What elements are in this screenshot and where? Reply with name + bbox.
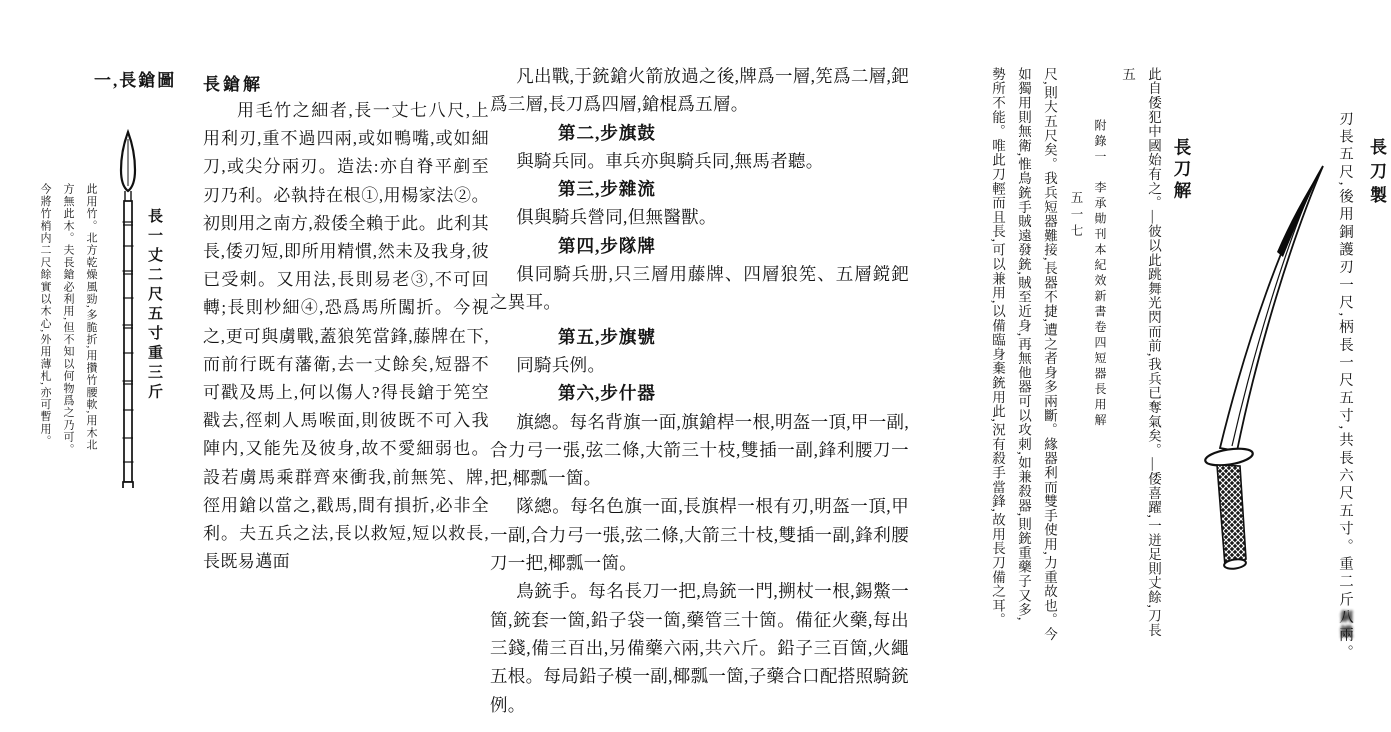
section-heading: 第六,步什器	[490, 379, 909, 407]
changdao-jie-section: 長刀解 此自倭犯中國始有之。—彼以此跳舞光閃而前,我兵已奪氣矣。—倭喜躍,一迸足…	[1028, 62, 1194, 646]
book-page: { "left": { "figure_title": "一,長鎗圖", "sp…	[0, 0, 1391, 732]
vertical-text-column: 尺,則大五尺矣。我兵短器難接,長器不捷,遭之者身多兩斷。緣器利而雙手使用,力重故…	[1036, 62, 1062, 646]
section-heading: 第五,步旗號	[490, 323, 909, 351]
paragraph: 鳥銃手。每名長刀一把,鳥銃一門,搠杖一根,錫鱉一箇,銃套一箇,鉛子袋一箇,藥管三…	[490, 577, 909, 718]
paragraph: 俱同騎兵册,只三層用藤牌、四層狼筅、五層鎲鈀之異耳。	[490, 260, 909, 317]
spear-shaft	[124, 201, 132, 482]
spear-butt	[123, 482, 133, 488]
left-column: 長鎗解 用毛竹之細者,長一丈七八尺,上用利刃,重不過四兩,或如鴨嘴,或如細刀,或…	[40, 62, 489, 580]
vertical-text-column: 勢所不能。唯此刀輕而且長,可以兼用,以備臨身棄銃用此,況有殺手當鋒,故用長刀備之…	[984, 62, 1010, 646]
appendix-note: 附錄一 李承勛刊本紀效新書卷四短器長用解	[1093, 119, 1107, 429]
vertical-text-column: 如獨用則無衛,惟鳥銃手賊遠發銃,賊至近身,再無他器可以攻刺,如兼殺器,則銃重藥子…	[1010, 62, 1036, 646]
sword-grip	[1217, 465, 1246, 566]
sword-blade	[1220, 166, 1323, 451]
appendix-note-column: 附錄一 李承勛刊本紀效新書卷四短器長用解 五一七	[1064, 62, 1112, 646]
paragraph: 隊總。每名色旗一面,長旗桿一根有刃,明盔一頂,甲一副,合力弓一張,弦二條,大箭三…	[490, 492, 909, 577]
middle-column: 凡出戰,于銃鎗火箭放過之後,牌爲一層,筅爲二層,鈀爲三層,長刀爲四層,鎗棍爲五層…	[490, 62, 909, 719]
sword-dimension-caption: 刃長五尺,後用銅護刃一尺,柄長一尺五寸,共長六尺五寸。重二斤八兩。	[1332, 98, 1358, 670]
paragraph: 旗總。每名背旗一面,旗鎗桿一根,明盔一頂,甲一副,合力弓一張,弦二條,大箭三十枝…	[490, 408, 909, 493]
section-heading: 第四,步隊牌	[490, 232, 909, 260]
spear-dimension-label: 長一丈二尺五寸重三斤	[144, 208, 165, 408]
paragraph: 與騎兵同。車兵亦與騎兵同,無馬者聽。	[490, 147, 909, 175]
ink-smudge-marks: 鋼鐵	[1336, 610, 1355, 640]
sword-illustration	[1196, 96, 1336, 636]
page-number: 五一七	[1064, 191, 1088, 646]
paragraph: 俱與騎兵營同,但無醫獸。	[490, 203, 909, 231]
section-heading: 第三,步雜流	[490, 175, 909, 203]
paragraph: 凡出戰,于銃鎗火箭放過之後,牌爲一層,筅爲二層,鈀爲三層,長刀爲四層,鎗棍爲五層…	[490, 62, 909, 119]
sword-tip-shading	[1277, 166, 1323, 257]
section-heading-changdao-zhi: 長刀製	[1364, 98, 1388, 670]
changdao-zhi-section: 長刀製 刃長五尺,後用銅護刃一尺,柄長一尺五寸,共長六尺五寸。重二斤八兩。	[1332, 98, 1388, 670]
paragraph: 同騎兵例。	[490, 351, 909, 379]
section-heading-changdao-jie: 長刀解	[1170, 62, 1194, 646]
vertical-text-column: 此自倭犯中國始有之。—彼以此跳舞光閃而前,我兵已奪氣矣。—倭喜躍,一迸足則丈餘,…	[1114, 62, 1166, 646]
section-heading: 第二,步旗鼓	[490, 119, 909, 147]
annotation-note: 此用竹。北方乾燥風勁,多脆折,用攢竹腰軟,用木北方無此木。夫長鎗必利用,但不知以…	[33, 183, 102, 459]
